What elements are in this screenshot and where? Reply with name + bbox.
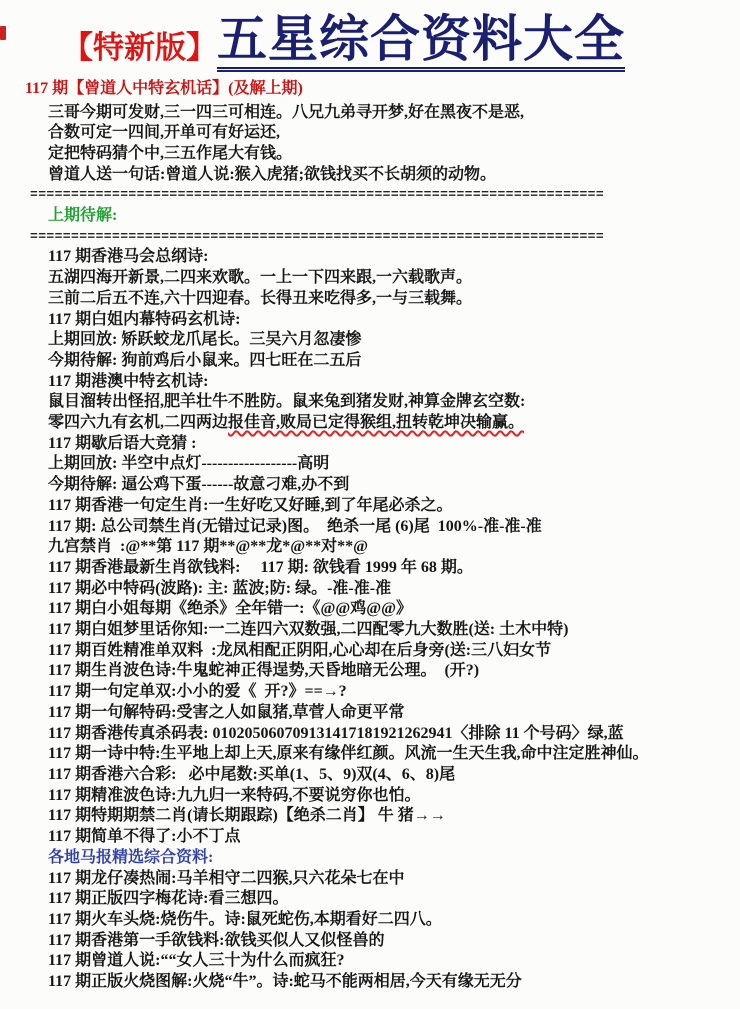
text-line: 三哥今期可发财,三一四三可相连。八兄九弟寻开梦,好在黑夜不是恶, — [48, 103, 740, 124]
text-line: 117 期正版四字梅花诗:看三想四。 — [48, 889, 740, 910]
text-line: 零四六九有玄机,二四两边报佳音,败局已定得猴组,扭转乾坤决输赢。 — [48, 413, 740, 434]
text-line: 合数可定一四间,开单可有好运还, — [48, 123, 740, 144]
text-line: 117 期香港传真杀码表: 01020506070913141718192126… — [48, 724, 740, 745]
text-line: 三前二后五不连,六十四迎春。长得丑来吃得多,一与三载舞。 — [48, 289, 740, 310]
left-edge-artifact — [0, 26, 6, 40]
text-line: 117 期白小姐每期《绝杀》全年错一:《@@鸡@@》 — [48, 599, 740, 620]
text-line: 117 期百姓精准单双料 :龙凤相配正阴阳,心心却在后身旁(送:三八妇女节 — [48, 641, 740, 662]
text-line: 五湖四海开新景,二四来欢歌。一上一下四来跟,一六载歌声。 — [48, 268, 740, 289]
text-line: 117 期特期期禁二肖(请长期跟踪)【绝杀二肖】 牛 猪→→ — [48, 806, 740, 827]
text-line: 定把特码猜个中,三五作尾大有钱。 — [48, 144, 740, 165]
text-line: 117 期香港一句定生肖:一生好吃又好睡,到了年尾必杀之。 — [48, 496, 740, 517]
content-lines: 三哥今期可发财,三一四三可相连。八兄九弟寻开梦,好在黑夜不是恶,合数可定一四间,… — [0, 103, 740, 993]
text-line: 上期回放: 半空中点灯------------------高明 — [48, 454, 740, 475]
text-line: 117 期龙仔凑热闹:马羊相守二四猴,只六花朵七在中 — [48, 869, 740, 890]
regional-section-header: 各地马报精选综合资料: — [48, 848, 740, 869]
text-line: 117 期一诗中特:生平地上却上天,原来有缘伴红颜。风流一生天生我,命中注定胜神… — [48, 744, 740, 765]
text-line: 117 期白姐内幕特码玄机诗: — [48, 310, 740, 331]
text-line: 117 期生肖波色诗:牛鬼蛇神正得逞势,天昏地暗无公理。 (开?) — [48, 661, 740, 682]
text-line: 117 期香港第一手欲钱料:欲钱买似人又似怪兽的 — [48, 931, 740, 952]
text-segment: 零四六九有玄机,二四两边 — [48, 414, 228, 431]
text-line: 117 期歇后语大竞猜 : — [48, 434, 740, 455]
text-line: 今期待解: 狗前鸡后小鼠来。四七旺在二五后 — [48, 351, 740, 372]
section-header-zengdaoren: 117 期【曾道人中特玄机话】(及解上期) — [25, 79, 740, 99]
wavy-underlined-text: 报佳音,败局已定得猴组,扭转乾坤决输赢。 — [228, 414, 524, 431]
text-line: 117 期曾道人说:““女人三十为什么而疯狂? — [48, 951, 740, 972]
text-line: 鼠目溜转出怪招,肥羊壮牛不胜防。鼠来兔到猪发财,神算金牌玄空数: — [48, 392, 740, 413]
text-line: 117 期港澳中特玄机诗: — [48, 372, 740, 393]
divider-line: ========================================… — [30, 185, 740, 206]
text-line: 曾道人送一句话:曾道人说:猴入虎猪;欲钱找买不长胡须的动物。 — [48, 165, 740, 186]
title-row: 【特新版】 五星综合资料大全 — [62, 13, 740, 72]
text-line: 九宫禁肖 :@**第 117 期**@**龙*@**对**@ — [48, 537, 740, 558]
text-line: 117 期香港马会总纲诗: — [48, 247, 740, 268]
pending-section-header: 上期待解: — [48, 206, 740, 227]
text-line: 117 期一句定单双:小小的爱《 开?》==→? — [48, 682, 740, 703]
edition-badge: 【特新版】 — [62, 32, 217, 72]
text-line: 117 期正版火烧图解:火烧“牛”。诗:蛇马不能两相居,今天有缘无无分 — [48, 972, 740, 993]
text-line: 117 期火车头烧:烧伤牛。诗:鼠死蛇伤,本期看好二四八。 — [48, 910, 740, 931]
text-line: 117 期: 总公司禁生肖(无错过记录)图。 绝杀一尾 (6)尾 100%-准-… — [48, 517, 740, 538]
text-line: 上期回放: 矫跃蛟龙爪尾长。三吴六月忽凄惨 — [48, 330, 740, 351]
page-header: 【特新版】 五星综合资料大全 117 期【曾道人中特玄机话】(及解上期) — [0, 0, 740, 99]
text-line: 今期待解: 逼公鸡下蛋------故意刁难,办不到 — [48, 475, 740, 496]
text-line: 117 期精准波色诗:九九归一来特码,不要说穷你也怕。 — [48, 786, 740, 807]
text-line: 117 期香港最新生肖欲钱料: 117 期: 欲钱看 1999 年 68 期。 — [48, 558, 740, 579]
text-line: 117 期香港六合彩: 必中尾数:买单(1、5、9)双(4、6、8)尾 — [48, 765, 740, 786]
text-line: 117 期必中特码(波路): 主: 蓝波;防: 绿。-准-准-准 — [48, 579, 740, 600]
text-line: 117 期白姐梦里话你知:一二连四六双数强,二四配零九大数胜(送: 土木中特) — [48, 620, 740, 641]
text-line: 117 期一句解特码:受害之人如鼠猪,草菅人命更平常 — [48, 703, 740, 724]
divider-line: ========================================… — [30, 227, 740, 248]
text-line: 117 期简单不得了:小不丁点 — [48, 827, 740, 848]
page-title: 五星综合资料大全 — [217, 13, 625, 72]
